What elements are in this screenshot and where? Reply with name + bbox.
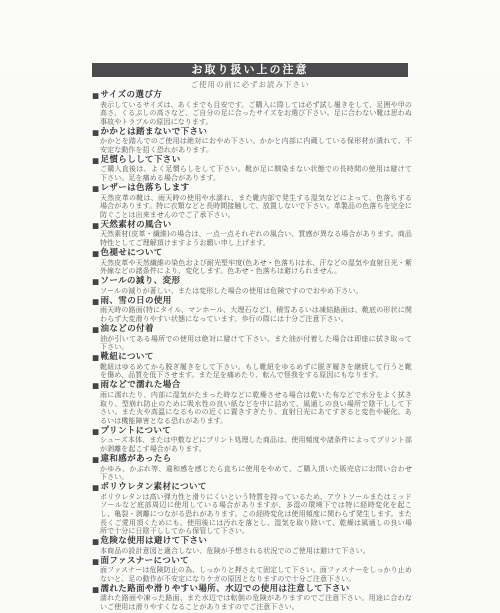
section-heading-text: かかとは踏まないで下さい xyxy=(101,128,208,138)
instruction-section: ■ ソールの減り、変形 ソールの減りが著しい、または変形した場合の使用は危険です… xyxy=(92,277,412,295)
instruction-section: ■ サイズの選び方 表示しているサイズは、あくまでも目安です。ご購入に際しては必… xyxy=(92,91,412,126)
square-bullet-icon: ■ xyxy=(92,221,100,231)
section-heading: ■ 靴紐について xyxy=(92,353,412,363)
section-heading-text: サイズの選び方 xyxy=(101,91,163,101)
instruction-section: ■ 油などの付着 油が引いてある場所での使用は絶対に避けて下さい。また油が付着し… xyxy=(92,325,412,352)
square-bullet-icon: ■ xyxy=(92,557,100,567)
square-bullet-icon: ■ xyxy=(92,128,100,138)
section-heading: ■ 違和感があったら xyxy=(92,455,412,465)
section-heading-text: 油などの付着 xyxy=(101,325,154,335)
section-heading: ■ 雨、雪の日の使用 xyxy=(92,297,412,307)
section-body-text: 天然皮革の靴は、雨天時の使用や水濡れ、また靴内部で発生する湿気などによって、色落… xyxy=(92,194,412,220)
instruction-section: ■ レザーは色落ちします 天然皮革の靴は、雨天時の使用や水濡れ、また靴内部で発生… xyxy=(92,184,412,219)
section-heading: ■ プリントについて xyxy=(92,427,412,437)
section-body-text: 天然素材(皮革・繊維)の場合は、一点一点それぞれの風合い、質感が異なる場合があり… xyxy=(92,230,412,247)
section-body-text: 雨天時の路面(特にタイル、マンホール、大理石など)、積雪あるいは凍結路面は、靴底… xyxy=(92,306,412,323)
section-heading: ■ 面ファスナーについて xyxy=(92,557,412,567)
instruction-section: ■ かかとは踏まないで下さい かかとを踏んでのご使用は絶対におやめ下さい。かかと… xyxy=(92,128,412,155)
section-heading: ■ 天然素材の風合い xyxy=(92,221,412,231)
section-body-text: ポリウレタンは高い弾力性と滑りにくいという特質を持っているため、アウトソールまた… xyxy=(92,493,412,536)
square-bullet-icon: ■ xyxy=(92,427,100,437)
section-heading-text: 靴紐について xyxy=(101,353,154,363)
sections-list: ■ サイズの選び方 表示しているサイズは、あくまでも目安です。ご購入に際しては必… xyxy=(92,91,412,600)
section-body-text: 本商品の設計意図と適合しない、危険が予想される状況でのご使用は避けて下さい。 xyxy=(92,547,412,556)
instruction-section: ■ 雨などで濡れた場合 雨に濡れたり、内部に湿気がたまった時などに乾燥させる場合… xyxy=(92,381,412,425)
section-heading-text: 違和感があったら xyxy=(101,455,172,465)
section-body-text: 雨に濡れたり、内部に湿気がたまった時などに乾燥させる場合は乾いた布などで水分をよ… xyxy=(92,391,412,425)
section-heading-text: ソールの減り、変形 xyxy=(101,277,181,287)
section-body-text: 濡れた路面や凍った路面、また水辺では転倒の危険がありますのでご注意下さい。用途に… xyxy=(92,594,412,600)
instruction-section: ■ 足慣らしして下さい ご購入直後は、よく足慣らしをして下さい。靴が足に馴染まな… xyxy=(92,156,412,183)
section-heading-text: 雨、雪の日の使用 xyxy=(101,297,172,307)
section-heading: ■ ポリウレタン素材について xyxy=(92,483,412,493)
square-bullet-icon: ■ xyxy=(92,91,100,101)
square-bullet-icon: ■ xyxy=(92,277,100,287)
section-heading: ■ 雨などで濡れた場合 xyxy=(92,381,412,391)
instruction-section: ■ 濡れた路面や滑りやすい場所、水辺での使用は注意して下さい 濡れた路面や凍った… xyxy=(92,585,412,600)
section-heading: ■ かかとは踏まないで下さい xyxy=(92,128,412,138)
square-bullet-icon: ■ xyxy=(92,297,100,307)
section-heading: ■ 色褪せについて xyxy=(92,249,412,259)
document-subtitle: ご使用の前に必ずお読み下さい xyxy=(92,79,408,90)
section-heading: ■ レザーは色落ちします xyxy=(92,184,412,194)
section-heading-text: 面ファスナーについて xyxy=(101,557,190,567)
section-heading-text: プリントについて xyxy=(101,427,172,437)
section-heading: ■ サイズの選び方 xyxy=(92,91,412,101)
square-bullet-icon: ■ xyxy=(92,455,100,465)
section-heading-text: 雨などで濡れた場合 xyxy=(101,381,181,391)
section-body-text: シューズ本体、または中敷などにプリント処理した商品は、使用頻度や諸条件によってプ… xyxy=(92,436,412,453)
instruction-section: ■ ポリウレタン素材について ポリウレタンは高い弾力性と滑りにくいという特質を持… xyxy=(92,483,412,535)
square-bullet-icon: ■ xyxy=(92,353,100,363)
section-body-text: 靴紐はゆるめてから脱ぎ履きをして下さい。もし靴紐をゆるめずに脱ぎ履きを継続して行… xyxy=(92,363,412,380)
instruction-section: ■ 面ファスナーについて 面ファスナーは危険防止の為、しっかりと押さえて固定して… xyxy=(92,557,412,584)
section-body-text: かかとを踏んでのご使用は絶対におやめ下さい。かかと内部に内蔵している保形材が潰れ… xyxy=(92,137,412,154)
instruction-section: ■ 色褪せについて 天然皮革や天然繊維の染色および耐光堅牢度(色あせ・色落ち)は… xyxy=(92,249,412,276)
instruction-section: ■ 天然素材の風合い 天然素材(皮革・繊維)の場合は、一点一点それぞれの風合い、… xyxy=(92,221,412,248)
square-bullet-icon: ■ xyxy=(92,184,100,194)
section-heading: ■ 油などの付着 xyxy=(92,325,412,335)
instruction-section: ■ 違和感があったら かゆみ、かぶれ等、違和感を感じたら直ちに使用をやめて、ご購… xyxy=(92,455,412,482)
document-title: お取り扱い上の注意 xyxy=(192,63,309,76)
section-heading: ■ 危険な使用は避けて下さい xyxy=(92,537,412,547)
section-heading-text: 天然素材の風合い xyxy=(101,221,172,231)
square-bullet-icon: ■ xyxy=(92,537,100,547)
section-body-text: 天然皮革や天然繊維の染色および耐光堅牢度(色あせ・色落ち)は水、汗などの湿気や直… xyxy=(92,259,412,276)
section-heading-text: レザーは色落ちします xyxy=(101,184,190,194)
section-heading-text: ポリウレタン素材について xyxy=(101,483,207,493)
section-heading-text: 色褪せについて xyxy=(101,249,163,259)
section-body-text: 表示しているサイズは、あくまでも目安です。ご購入に際しては必ず試し履きをして、足… xyxy=(92,101,412,127)
square-bullet-icon: ■ xyxy=(92,156,100,166)
square-bullet-icon: ■ xyxy=(92,483,100,493)
square-bullet-icon: ■ xyxy=(92,381,100,391)
section-body-text: ソールの減りが著しい、または変形した場合の使用は危険ですのでおやめ下さい。 xyxy=(92,287,412,296)
instruction-section: ■ プリントについて シューズ本体、または中敷などにプリント処理した商品は、使用… xyxy=(92,427,412,454)
square-bullet-icon: ■ xyxy=(92,585,100,595)
section-body-text: 油が引いてある場所での使用は絶対に避けて下さい。また油が付着した場合は即座に拭き… xyxy=(92,335,412,352)
square-bullet-icon: ■ xyxy=(92,325,100,335)
section-heading-text: 危険な使用は避けて下さい xyxy=(101,537,208,547)
instruction-section: ■ 危険な使用は避けて下さい 本商品の設計意図と適合しない、危険が予想される状況… xyxy=(92,537,412,555)
section-heading: ■ ソールの減り、変形 xyxy=(92,277,412,287)
instruction-section: ■ 靴紐について 靴紐はゆるめてから脱ぎ履きをして下さい。もし靴紐をゆるめずに脱… xyxy=(92,353,412,380)
section-body-text: ご購入直後は、よく足慣らしをして下さい。靴が足に馴染まない状態での長時間の使用は… xyxy=(92,165,412,182)
instruction-section: ■ 雨、雪の日の使用 雨天時の路面(特にタイル、マンホール、大理石など)、積雪あ… xyxy=(92,297,412,324)
care-instructions-document: お取り扱い上の注意 ご使用の前に必ずお読み下さい ■ サイズの選び方 表示してい… xyxy=(0,0,500,600)
document-title-bar: お取り扱い上の注意 xyxy=(92,63,408,77)
section-body-text: かゆみ、かぶれ等、違和感を感じたら直ちに使用をやめて、ご購入頂いた販売店にお問い… xyxy=(92,465,412,482)
square-bullet-icon: ■ xyxy=(92,249,100,259)
section-body-text: 面ファスナーは危険防止の為、しっかりと押さえて固定して下さい。面ファスナーをしっ… xyxy=(92,566,412,583)
